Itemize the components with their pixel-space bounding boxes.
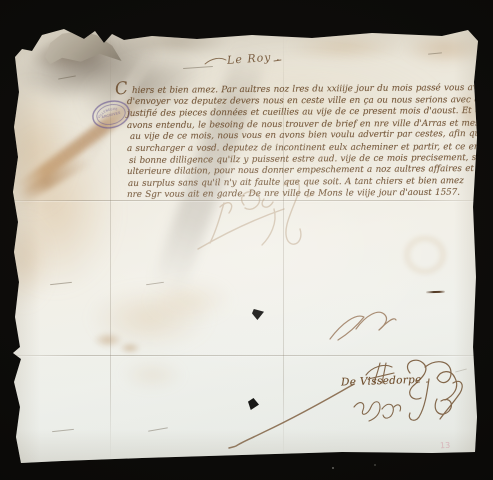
manuscript-page: VILLENEUVE ARCHIVES · · · Le Roy . C hie… [12, 27, 482, 464]
clerk-signature-name: De Vissedorpe . [341, 373, 429, 388]
scratch-mark [455, 368, 467, 372]
stain-blob [148, 280, 232, 320]
scratch-mark [58, 75, 76, 79]
paper-hole [252, 309, 264, 320]
stain-ring [401, 233, 449, 277]
scratch-mark [50, 282, 72, 285]
signature-paraph-knot [407, 360, 462, 420]
mid-right-flourish [330, 312, 396, 340]
paper-vignette [12, 27, 482, 464]
fold-crease-horizontal [12, 200, 482, 201]
stain-blob [287, 34, 403, 60]
stain-blob [120, 361, 184, 389]
fold-crease-horizontal [12, 355, 482, 356]
archival-pencil-mark: 13 [440, 441, 451, 451]
signature-under-squiggle [354, 402, 401, 421]
stain-blob [0, 82, 72, 212]
stain-spot [93, 332, 123, 348]
faded-center-signature [198, 180, 314, 249]
scratch-mark [52, 429, 74, 432]
torn-corner-flap [40, 29, 125, 69]
stain-spot [119, 342, 141, 354]
archive-oval-stamp: VILLENEUVE ARCHIVES · · · [88, 95, 134, 135]
stain-blob [456, 86, 484, 138]
manuscript-line: d'envoyer voz deputez devers nous en ces… [127, 95, 493, 107]
letter-heading: Le Roy . [227, 50, 281, 67]
stain-blob [403, 33, 487, 65]
long-swoop-stroke [229, 384, 354, 448]
manuscript-line: hiers et bien amez. Par aultres noz lres… [132, 83, 493, 96]
stain-blob [0, 217, 49, 307]
manuscript-line: au vije de ce mois, nous vous en avons b… [130, 129, 493, 142]
stain-rust-band [16, 154, 91, 204]
scratch-mark [183, 66, 213, 69]
paper-hole [248, 398, 259, 410]
manuscript-line: a surcharger a vosd. deputez de incontin… [127, 142, 493, 154]
manuscript-line: ulterieure dilation, pour nous donner em… [127, 164, 474, 177]
manuscript-line: nre Sgr vous ait en garde. De nre ville … [127, 188, 460, 200]
manuscript-line: si bonne dilligence qu'ilz y puissent es… [129, 153, 492, 166]
stain-blob [122, 28, 232, 56]
stain-blob [90, 288, 210, 348]
stain-blob [10, 16, 171, 114]
glare-streak [150, 42, 271, 298]
paper-warm-tint [152, 52, 452, 192]
scratch-mark [146, 282, 164, 285]
stain-blob [0, 130, 115, 290]
fold-crease-vertical [110, 27, 111, 464]
manuscript-line: avons entendu, le besoing de nous trouve… [127, 118, 493, 131]
ink-flourishes [12, 27, 482, 464]
ink-dash-mark [426, 291, 445, 294]
scratch-mark [428, 52, 442, 54]
dust-speck [374, 464, 376, 466]
dust-speck [332, 467, 334, 469]
initial-capital: C [114, 78, 130, 100]
fold-crease-vertical [283, 27, 284, 464]
scratch-mark [148, 427, 168, 431]
manuscript-line: au surplus sans qu'il n'y ait faulte que… [128, 176, 464, 189]
manuscript-line: justifié des pieces données et cueillies… [127, 105, 493, 119]
photo-background: VILLENEUVE ARCHIVES · · · Le Roy . C hie… [0, 0, 493, 480]
